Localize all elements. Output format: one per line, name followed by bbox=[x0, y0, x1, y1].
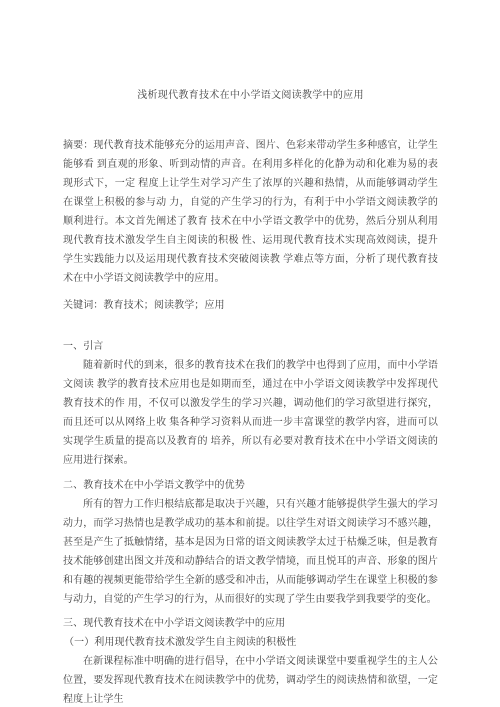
keywords-line: 关键词：教育技术；阅读教学；应用 bbox=[63, 296, 438, 315]
section-1-paragraph: 随着新时代的到来，很多的教育技术在我们的教学中也得到了应用，而中小学语文阅读 教… bbox=[63, 356, 438, 470]
section-3-heading: 三、现代教育技术在中小学语文阅读教学中的应用 bbox=[63, 614, 438, 633]
section-2-heading: 二、教育技术在中小学语文教学中的优势 bbox=[63, 476, 438, 495]
abstract-paragraph: 摘要：现代教育技术能够充分的运用声音、图片、色彩来带动学生多种感官，让学生能够看… bbox=[63, 136, 438, 288]
document-title: 浅析现代教育技术在中小学语文阅读教学中的应用 bbox=[63, 88, 438, 103]
document-page: 浅析现代教育技术在中小学语文阅读教学中的应用 摘要：现代教育技术能够充分的运用声… bbox=[0, 0, 500, 707]
section-3-paragraph: 在新课程标准中明确的进行倡导，在中小学语文阅读课堂中要重视学生的主人公位置，要发… bbox=[63, 652, 438, 707]
section-2-paragraph: 所有的智力工作归根结底都是取决于兴趣，只有兴趣才能够提供学生强大的学习动力，而学… bbox=[63, 495, 438, 609]
section-1-heading: 一、引言 bbox=[63, 337, 438, 356]
section-3-subheading: （一）利用现代教育技术激发学生自主阅读的积极性 bbox=[63, 633, 438, 652]
